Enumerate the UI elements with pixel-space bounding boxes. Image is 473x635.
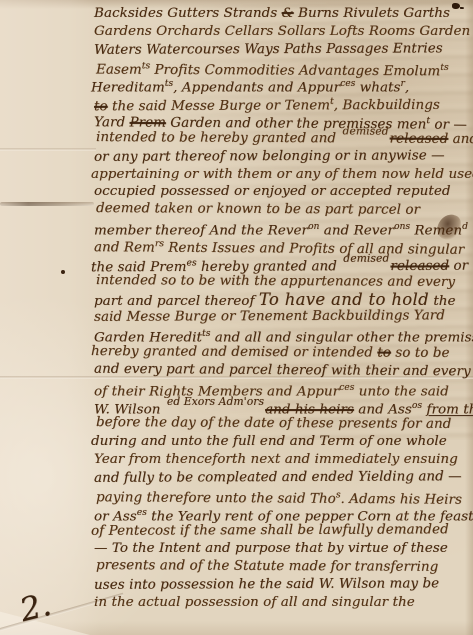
manuscript-line-13: member thereof And the Reveron and Rever…	[94, 219, 473, 237]
text-segment-ins: demised	[342, 122, 388, 140]
text-segment-sup: rs	[155, 239, 164, 249]
fold-crease-left-smudged	[0, 202, 94, 206]
manuscript-line-3: Waters Watercourses Ways Paths Passages …	[94, 40, 473, 59]
text-segment: and every	[448, 132, 473, 147]
text-segment-sup: ces	[340, 79, 355, 89]
text-segment-strike: released	[390, 259, 449, 274]
text-segment-sup: ts	[142, 61, 150, 71]
text-segment-sup: ts	[165, 79, 173, 89]
text-segment: said Messe Burge or Tenement Backbuildin…	[94, 309, 445, 326]
manuscript-line-23: W. Wilson ed Exors Adm'orsand his heirs …	[94, 398, 473, 416]
manuscript-line-8: intended to be hereby granted and demise…	[96, 129, 473, 149]
manuscript-line-27: and fully to be compleated and ended Yie…	[94, 468, 473, 487]
text-segment: appertaining or with them or any of them…	[91, 167, 473, 182]
manuscript-line-21: and every part and parcel thereof with t…	[94, 361, 473, 381]
fold-crease-left-upper	[0, 148, 96, 151]
manuscript-line-19: Garden Hereditts and all and singular ot…	[94, 326, 473, 344]
manuscript-line-25: during and unto the full end and Term of…	[91, 433, 473, 451]
text-segment: deemed taken or known to be as part parc…	[96, 201, 420, 218]
text-segment: Backsides Gutters Strands	[94, 6, 282, 21]
text-segment-sup: ces	[339, 383, 354, 393]
manuscript-line-12: deemed taken or known to be as part parc…	[96, 200, 473, 220]
manuscript-line-16: intended so to be with the appurtenances…	[96, 272, 473, 292]
text-segment-sup: on	[308, 222, 319, 232]
manuscript-line-10: appertaining or with them or any of them…	[91, 166, 473, 184]
margin-ink-dot-icon	[61, 270, 65, 274]
text-segment: unto the said	[354, 384, 449, 399]
text-segment-sup: d	[462, 222, 468, 232]
manuscript-line-31: — To the Intent and purpose that by virt…	[94, 540, 473, 558]
text-segment: part and parcel thereof	[94, 294, 259, 309]
text-segment: Waters Watercourses Ways Paths Passages …	[94, 41, 443, 58]
text-segment-ins: demised	[343, 250, 389, 268]
text-segment-strike: &	[282, 6, 294, 21]
text-segment: Gardens Orchards Cellars Sollars Lofts R…	[94, 24, 470, 39]
manuscript-line-33: uses into possession he the said W. Wils…	[94, 575, 473, 594]
text-segment: occupied possessed or enjoyed or accepte…	[94, 184, 451, 199]
text-segment: of Pentecost if the same shall be lawful…	[91, 523, 449, 540]
text-segment: before the day of the date of these pres…	[96, 415, 451, 432]
manuscript-line-24: before the day of the date of these pres…	[96, 414, 473, 434]
manuscript-page: Backsides Gutters Strands & Burns Rivule…	[0, 0, 473, 635]
text-segment: uses into possession he the said W. Wils…	[94, 576, 439, 593]
manuscript-line-1: Backsides Gutters Strands & Burns Rivule…	[94, 5, 473, 23]
text-segment: presents and of the Statute made for tra…	[96, 558, 438, 575]
text-segment: and Rem	[94, 240, 155, 255]
manuscript-line-28: paying therefore unto the said Thos. Ada…	[96, 485, 473, 505]
manuscript-line-30: of Pentecost if the same shall be lawful…	[91, 522, 473, 542]
text-segment-sup: es	[186, 258, 196, 268]
text-segment: so to be	[391, 346, 450, 361]
manuscript-line-34: in the actual possession of all and sing…	[94, 594, 473, 612]
manuscript-line-26: Year from thenceforth next and immediate…	[94, 451, 473, 469]
manuscript-line-22: of their Rights Members and Appurces unt…	[94, 380, 473, 398]
text-segment: Burns Rivulets Garths	[294, 6, 450, 21]
manuscript-line-14: and Remrs Rents Issues and Profits of al…	[94, 236, 473, 256]
text-segment: the	[429, 294, 456, 309]
text-segment-ins: ed Exors Adm'ors	[167, 393, 264, 411]
manuscript-line-11: occupied possessed or enjoyed or accepte…	[94, 183, 473, 201]
manuscript-line-32: presents and of the Statute made for tra…	[96, 557, 473, 577]
text-segment-sup: es	[137, 508, 147, 518]
text-segment: , Backbuildings	[334, 98, 440, 113]
text-segment-sup: ons	[394, 222, 410, 232]
text-segment: and fully to be compleated and ended Yie…	[94, 469, 462, 486]
text-segment: paying therefore unto the said Tho	[96, 490, 336, 507]
text-segment-strike: to	[377, 346, 391, 361]
text-segment: intended to be hereby granted and	[96, 130, 341, 146]
text-segment: intended so to be with the appurtenances…	[96, 273, 455, 290]
text-segment: Easem	[96, 62, 142, 77]
manuscript-line-2: Gardens Orchards Cellars Sollars Lofts R…	[94, 23, 473, 41]
text-segment: and every part and parcel thereof with t…	[94, 362, 471, 380]
text-segment: during and unto the full end and Term of…	[91, 434, 447, 449]
text-segment-big: To have and to hold	[259, 290, 429, 309]
manuscript-line-17: part and parcel thereof To have and to h…	[94, 291, 473, 309]
manuscript-line-6: to the said Messe Burge or Tenemt, Backb…	[94, 93, 473, 112]
text-segment: or	[449, 258, 468, 273]
manuscript-line-18: said Messe Burge or Tenement Backbuildin…	[94, 308, 473, 327]
text-segment: Remen	[410, 224, 462, 239]
manuscript-line-7: Yard Prem Garden and other the premisses…	[94, 111, 473, 131]
text-segment: — To the Intent and purpose that by virt…	[94, 541, 448, 556]
manuscript-line-20: hereby granted and demised or intended t…	[91, 343, 473, 363]
text-segment: in the actual possession of all and sing…	[94, 595, 415, 610]
text-segment-sup: ts	[440, 62, 448, 72]
manuscript-lines: Backsides Gutters Strands & Burns Rivule…	[94, 5, 473, 612]
text-segment: hereby granted and demised or intended	[91, 344, 377, 360]
text-segment: Year from thenceforth next and immediate…	[94, 452, 458, 467]
manuscript-line-4: Easemts Profits Commodities Advantages E…	[96, 58, 473, 78]
manuscript-line-15: the said Premes hereby granted and demis…	[91, 254, 473, 274]
manuscript-line-9: or any part thereof now belonging or in …	[94, 147, 473, 166]
text-segment-strike: released	[390, 131, 449, 146]
text-segment: . Adams his Heirs	[340, 492, 462, 508]
text-segment: Profits Commodities Advantages Emolum	[150, 62, 440, 79]
text-segment: or any part thereof now belonging or in …	[94, 148, 445, 165]
text-segment-sup: os	[412, 401, 422, 411]
